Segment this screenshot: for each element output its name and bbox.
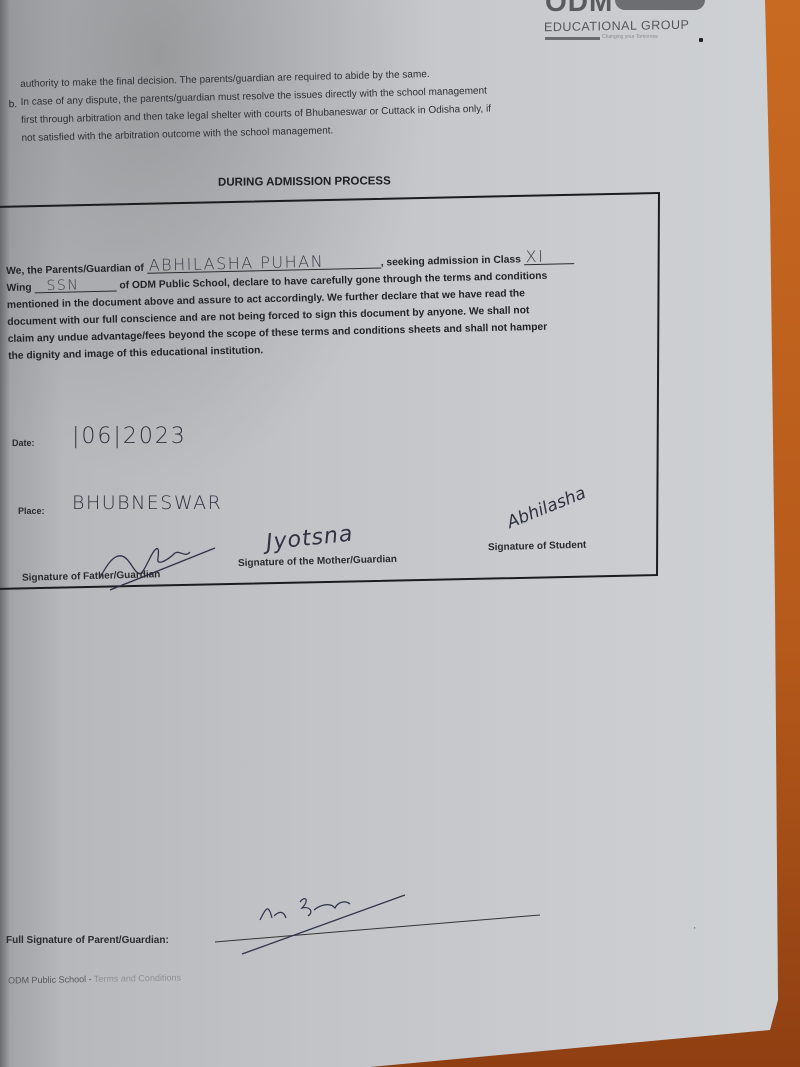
declaration-text: We, the Parents/Guardian of ABHILASHA PU…: [6, 247, 658, 365]
logo-brand: ODM: [545, 0, 613, 18]
logo-tagline: Changing your Tomorrow: [602, 34, 658, 40]
odm-swoosh-logo-icon: [615, 0, 705, 10]
page-footer: ODM Public School - Terms and Conditions: [8, 972, 181, 985]
list-bullet: b.: [8, 96, 17, 114]
declaration-mid: , seeking admission in Class: [381, 254, 521, 268]
footer-school: ODM Public School -: [8, 974, 92, 985]
document-page: ODM EDUCATIONAL GROUP Changing your Tomo…: [0, 0, 800, 1067]
logo-dot-icon: [699, 38, 703, 42]
father-signature[interactable]: [80, 528, 230, 598]
full-signature-field[interactable]: [210, 890, 550, 960]
student-name-field[interactable]: ABHILASHA PUHAN: [147, 254, 381, 274]
wing-label: Wing: [6, 282, 31, 294]
footer-doc-title: Terms and Conditions: [94, 972, 181, 984]
place-label: Place:: [18, 506, 45, 516]
odm-logo: ODM EDUCATIONAL GROUP Changing your Tomo…: [540, 0, 710, 50]
place-field[interactable]: BHUBNESWAR: [72, 492, 222, 514]
logo-underline: [545, 37, 600, 40]
section-title: DURING ADMISSION PROCESS: [218, 175, 391, 189]
class-field[interactable]: XI: [524, 249, 574, 265]
date-field[interactable]: |06|2023: [72, 424, 187, 449]
declaration-prefix: We, the Parents/Guardian of: [6, 263, 144, 277]
wing-field[interactable]: SSN: [34, 279, 116, 294]
logo-group-text: EDUCATIONAL GROUP: [544, 18, 689, 35]
full-signature-label: Full Signature of Parent/Guardian:: [6, 935, 169, 946]
intro-paragraph: b. authority to make the final decision.…: [20, 60, 662, 148]
ink-speck: ': [694, 926, 696, 935]
date-label: Date:: [12, 438, 35, 448]
